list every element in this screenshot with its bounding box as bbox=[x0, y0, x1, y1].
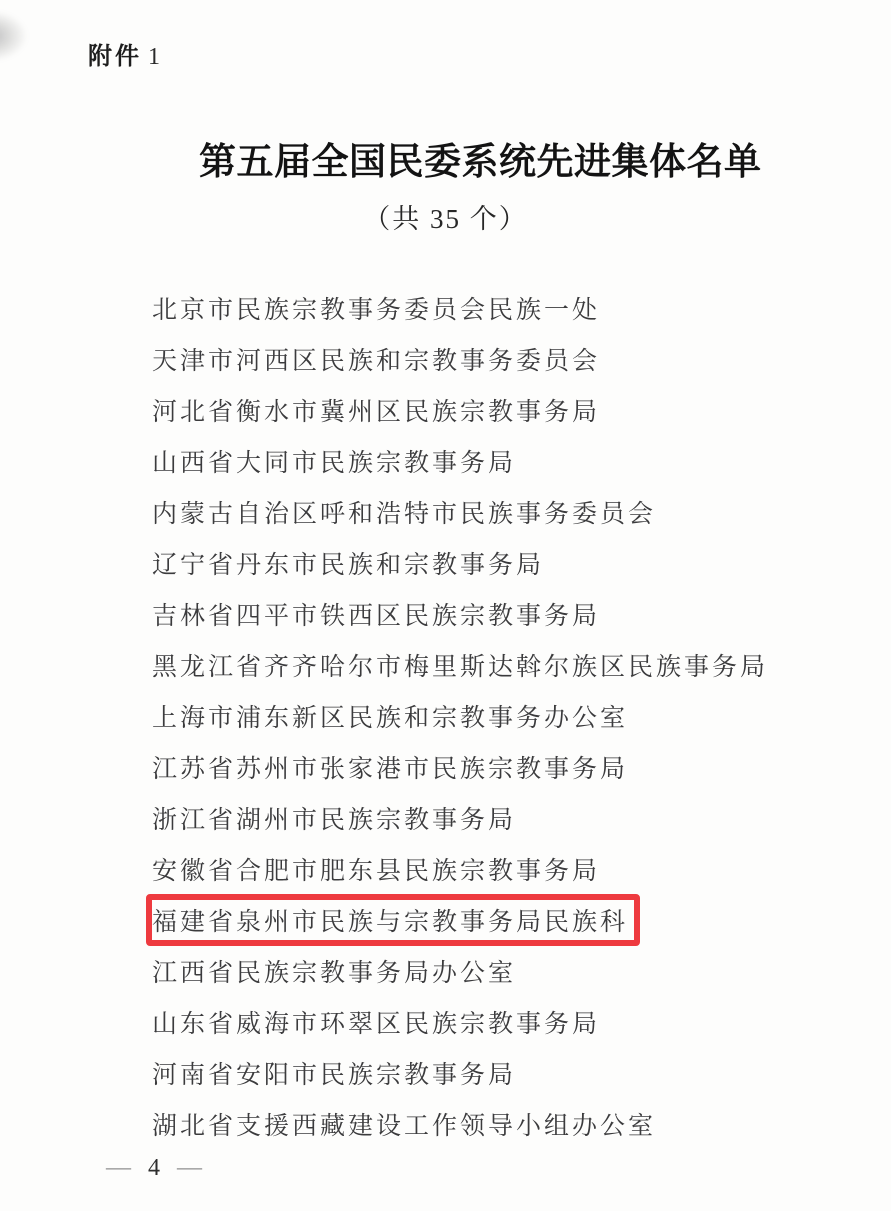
list-item: 湖北省支援西藏建设工作领导小组办公室 bbox=[152, 1101, 768, 1152]
list-item: 江西省民族宗教事务局办公室 bbox=[152, 948, 768, 999]
list-item: 辽宁省丹东市民族和宗教事务局 bbox=[152, 540, 768, 591]
document-title: 第五届全国民委系统先进集体名单 bbox=[199, 131, 762, 185]
list-item: 河南省安阳市民族宗教事务局 bbox=[152, 1050, 768, 1101]
list-item: 上海市浦东新区民族和宗教事务办公室 bbox=[152, 693, 768, 744]
footer-dash-right: — bbox=[177, 1153, 202, 1183]
list-item: 江苏省苏州市张家港市民族宗教事务局 bbox=[152, 744, 768, 795]
award-list: 北京市民族宗教事务委员会民族一处天津市河西区民族和宗教事务委员会河北省衡水市冀州… bbox=[152, 285, 768, 1152]
list-item: 内蒙古自治区呼和浩特市民族事务委员会 bbox=[152, 489, 768, 540]
list-item: 山东省威海市环翠区民族宗教事务局 bbox=[152, 999, 768, 1050]
footer-dash-left: — bbox=[106, 1153, 131, 1183]
list-item: 山西省大同市民族宗教事务局 bbox=[152, 438, 768, 489]
document-subtitle: （共 35 个） bbox=[0, 197, 891, 236]
list-item: 天津市河西区民族和宗教事务委员会 bbox=[152, 336, 768, 387]
list-item: 吉林省四平市铁西区民族宗教事务局 bbox=[152, 591, 768, 642]
list-item: 河北省衡水市冀州区民族宗教事务局 bbox=[152, 387, 768, 438]
list-item: 黑龙江省齐齐哈尔市梅里斯达斡尔族区民族事务局 bbox=[152, 642, 768, 693]
attachment-label-text: 附件 bbox=[88, 43, 142, 70]
page-number: 4 bbox=[148, 1153, 160, 1183]
page-footer: — 4 — bbox=[106, 1153, 202, 1183]
document-page: 附件1 第五届全国民委系统先进集体名单 （共 35 个） 北京市民族宗教事务委员… bbox=[0, 0, 891, 1211]
scan-artifact bbox=[0, 10, 28, 62]
attachment-label: 附件1 bbox=[88, 36, 160, 71]
list-item-highlighted: 福建省泉州市民族与宗教事务局民族科 bbox=[152, 897, 768, 948]
list-item: 北京市民族宗教事务委员会民族一处 bbox=[152, 285, 768, 336]
list-item: 安徽省合肥市肥东县民族宗教事务局 bbox=[152, 846, 768, 897]
list-item: 浙江省湖州市民族宗教事务局 bbox=[152, 795, 768, 846]
attachment-number: 1 bbox=[148, 44, 160, 70]
